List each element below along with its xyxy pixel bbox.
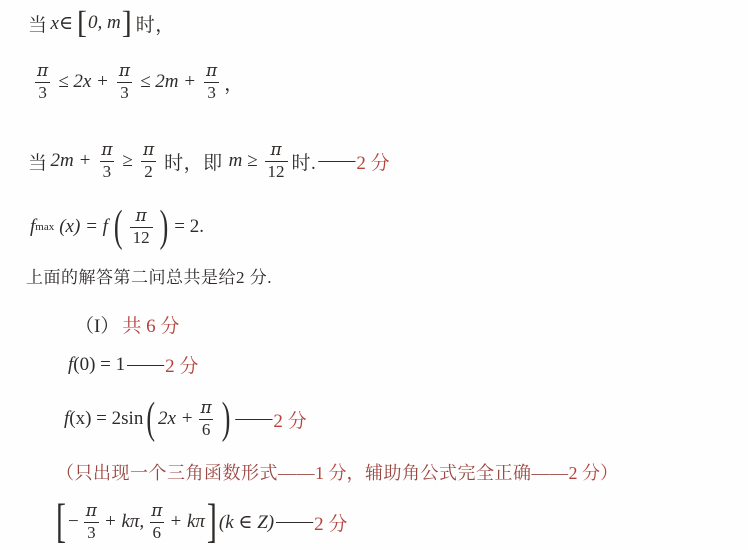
numerator: π [140, 141, 157, 161]
scanned-math-document: 当 x∈ [ 0, m ] 时， π 3 ≤ 2x + π 3 ≤ 2m + π… [0, 0, 748, 550]
denominator: 3 [35, 82, 50, 103]
fraction: π 3 [116, 62, 133, 102]
line-fx-formula: f (x) = 2sin ( 2x + π 6 ) —— 2 分 [64, 395, 307, 443]
text-segment: 当 [28, 148, 48, 175]
line-domain-condition: 当 x∈ [ 0, m ] 时， [28, 8, 178, 38]
math-segment: + kπ, [104, 511, 144, 533]
numerator: π [198, 399, 215, 419]
score-dash: —— [276, 511, 312, 533]
text-segment: 时， [136, 10, 175, 37]
left-bracket: [ [56, 498, 66, 546]
line-f0: f (0) = 1 —— 2 分 [68, 351, 198, 378]
math-segment: 2m + [51, 150, 92, 172]
numerator: π [98, 141, 115, 161]
denominator: 12 [265, 161, 288, 182]
score-annotation: 共 6 分 [122, 311, 179, 338]
minus-sign: − [68, 511, 79, 533]
denominator: 2 [141, 161, 156, 182]
numerator: π [34, 62, 51, 82]
numerator: π [148, 502, 165, 522]
numerator: π [116, 62, 133, 82]
math-segment: m ≥ [229, 150, 258, 172]
text-segment: 上面的解答第二问总共是给2 分. [26, 263, 272, 288]
fraction: π 3 [83, 502, 100, 542]
numerator: π [133, 207, 150, 227]
score-annotation: 2 分 [273, 406, 306, 433]
numerator: π [267, 141, 284, 161]
line-f-max: fmax (x) = f ( π 12 ) = 2. [30, 200, 207, 254]
score-dash: —— [318, 150, 354, 172]
denominator: 6 [150, 522, 165, 543]
line-inequality: π 3 ≤ 2x + π 3 ≤ 2m + π 3 ， [30, 57, 243, 107]
fraction: π 3 [203, 62, 220, 102]
math-segment: ≥ [123, 150, 133, 172]
math-segment: (k ∈ Z) [219, 511, 274, 534]
fraction: π 3 [34, 62, 51, 102]
right-paren: ) [222, 397, 231, 441]
fraction: π 6 [148, 502, 165, 542]
fraction: π 3 [98, 141, 115, 181]
fraction: π 2 [140, 141, 157, 181]
line-interval-answer: [ − π 3 + kπ, π 6 + kπ ] (k ∈ Z) —— 2 分 [54, 497, 347, 547]
line-grading-note: （只出现一个三角函数形式—— 1 分 ，辅助角公式完全正确—— 2 分） [56, 459, 618, 485]
right-paren: ) [160, 205, 169, 249]
fraction: π 6 [198, 399, 215, 439]
score-annotation: 2 分 [356, 148, 389, 175]
grading-note-text: ，辅助角公式完全正确—— [347, 459, 569, 485]
math-segment: ≤ 2m + [140, 71, 196, 93]
score-annotation: 2 分 [314, 509, 347, 536]
left-bracket: [ [77, 7, 87, 39]
text-segment: 时，即 [164, 148, 223, 175]
grading-note-text: （只出现一个三角函数形式—— [56, 459, 315, 485]
score-annotation: 1 分 [315, 459, 347, 485]
fraction: π 12 [265, 141, 288, 181]
part-label: （I） [75, 311, 119, 338]
line-summary-note: 上面的解答第二问总共是给2 分. [26, 263, 272, 288]
denominator: 3 [117, 82, 132, 103]
score-annotation: 2 分 [165, 351, 198, 378]
math-segment: (x) = 2sin [69, 408, 143, 430]
math-segment: = 2. [174, 216, 204, 238]
numerator: π [83, 502, 100, 522]
left-paren: ( [146, 397, 155, 441]
math-segment: x∈ [51, 12, 74, 35]
right-bracket: ] [207, 498, 217, 546]
denominator: 3 [204, 82, 219, 103]
math-segment: 0, m [88, 12, 121, 34]
fraction: π 12 [130, 207, 153, 247]
math-segment: + kπ [169, 511, 205, 533]
numerator: π [203, 62, 220, 82]
denominator: 6 [199, 419, 214, 440]
left-paren: ( [114, 205, 123, 249]
math-segment: ≤ 2x + [58, 71, 109, 93]
denominator: 12 [130, 227, 153, 248]
subscript-max: max [35, 221, 54, 233]
math-segment: (0) = 1 [73, 354, 125, 376]
score-dash: —— [235, 408, 271, 430]
denominator: 3 [100, 161, 115, 182]
line-part1-score: （I） 共 6 分 [75, 311, 182, 338]
denominator: 3 [84, 522, 99, 543]
text-segment: 当 [28, 10, 48, 37]
math-segment: 2x + [158, 408, 194, 430]
score-dash: —— [127, 354, 163, 376]
right-bracket: ] [122, 7, 132, 39]
math-segment: (x) = f [59, 216, 108, 238]
punctuation: ， [224, 69, 243, 96]
text-segment: 时. [292, 148, 317, 175]
line-m-condition: 当 2m + π 3 ≥ π 2 时，即 m ≥ π 12 时. —— 2 分 [28, 135, 390, 187]
score-annotation: 2 分） [569, 459, 619, 485]
